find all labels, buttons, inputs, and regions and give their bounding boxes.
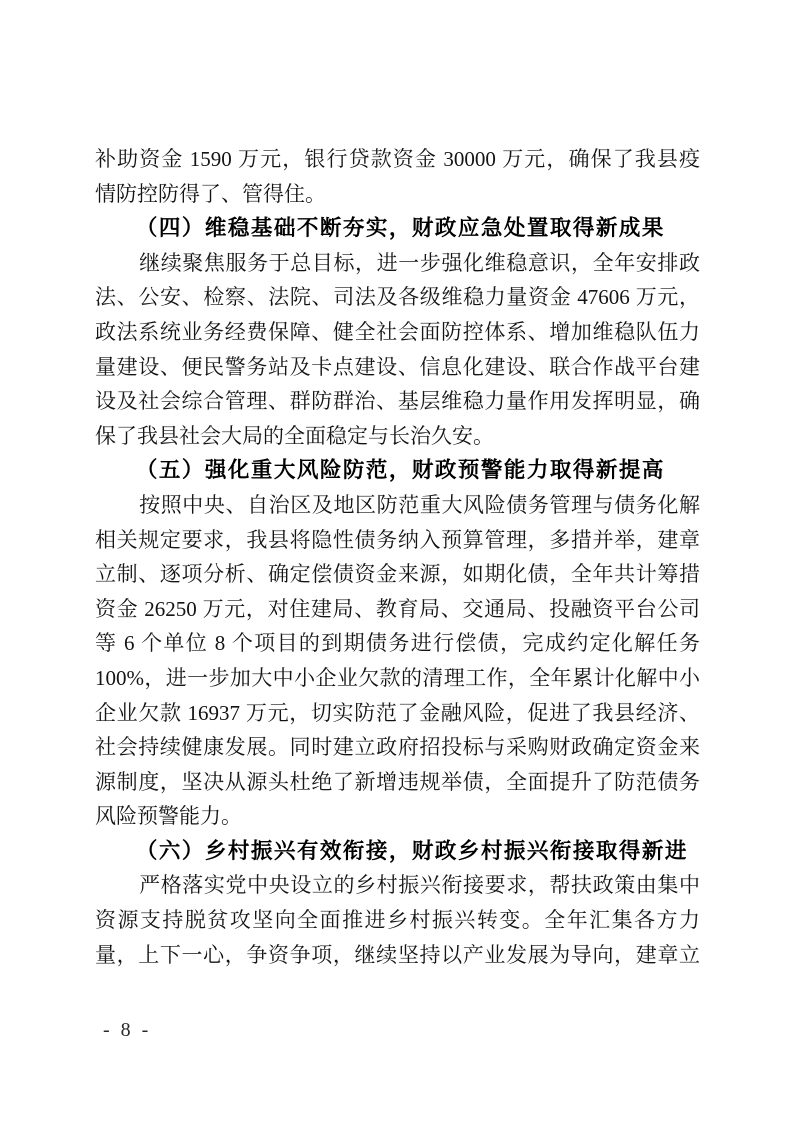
body-line: 企业欠款 16937 万元，切实防范了金融风险，促进了我县经济、 bbox=[95, 696, 700, 731]
document-page: 补助资金 1590 万元，银行贷款资金 30000 万元，确保了我县疫 情防控防… bbox=[0, 0, 793, 1122]
body-line: 相关规定要求，我县将隐性债务纳入预算管理，多措并举，建章 bbox=[95, 523, 700, 558]
document-text-block: 补助资金 1590 万元，银行贷款资金 30000 万元，确保了我县疫 情防控防… bbox=[95, 142, 700, 972]
body-line: 量，上下一心，争资争项，继续坚持以产业发展为导向，建章立 bbox=[95, 938, 700, 973]
page-number: - 8 - bbox=[103, 1019, 151, 1042]
body-line: 立制、逐项分析、确定偿债资金来源，如期化债，全年共计筹措 bbox=[95, 557, 700, 592]
body-line: 保了我县社会大局的全面稳定与长治久安。 bbox=[95, 419, 700, 454]
body-line: 补助资金 1590 万元，银行贷款资金 30000 万元，确保了我县疫 bbox=[95, 142, 700, 177]
body-line: 量建设、便民警务站及卡点建设、信息化建设、联合作战平台建 bbox=[95, 350, 700, 385]
body-line: 资源支持脱贫攻坚向全面推进乡村振兴转变。全年汇集各方力 bbox=[95, 903, 700, 938]
body-line: 源制度，坚决从源头杜绝了新增违规举债，全面提升了防范债务 bbox=[95, 765, 700, 800]
body-line: 资金 26250 万元，对住建局、教育局、交通局、投融资平台公司 bbox=[95, 592, 700, 627]
section-heading-5: （五）强化重大风险防范，财政预警能力取得新提高 bbox=[95, 453, 700, 488]
body-line: 社会持续健康发展。同时建立政府招投标与采购财政确定资金来 bbox=[95, 730, 700, 765]
body-line: 按照中央、自治区及地区防范重大风险债务管理与债务化解 bbox=[95, 488, 700, 523]
section-heading-4: （四）维稳基础不断夯实，财政应急处置取得新成果 bbox=[95, 211, 700, 246]
body-line: 情防控防得了、管得住。 bbox=[95, 177, 700, 212]
body-line: 等 6 个单位 8 个项目的到期债务进行偿债，完成约定化解任务 bbox=[95, 626, 700, 661]
body-line: 100%，进一步加大中小企业欠款的清理工作，全年累计化解中小 bbox=[95, 661, 700, 696]
body-line: 严格落实党中央设立的乡村振兴衔接要求，帮扶政策由集中 bbox=[95, 868, 700, 903]
body-line: 继续聚焦服务于总目标，进一步强化维稳意识，全年安排政 bbox=[95, 246, 700, 281]
body-line: 政法系统业务经费保障、健全社会面防控体系、增加维稳队伍力 bbox=[95, 315, 700, 350]
body-line: 法、公安、检察、法院、司法及各级维稳力量资金 47606 万元， bbox=[95, 280, 700, 315]
section-heading-6: （六）乡村振兴有效衔接，财政乡村振兴衔接取得新进展 bbox=[95, 834, 700, 869]
body-line: 风险预警能力。 bbox=[95, 799, 700, 834]
body-line: 设及社会综合管理、群防群治、基层维稳力量作用发挥明显，确 bbox=[95, 384, 700, 419]
